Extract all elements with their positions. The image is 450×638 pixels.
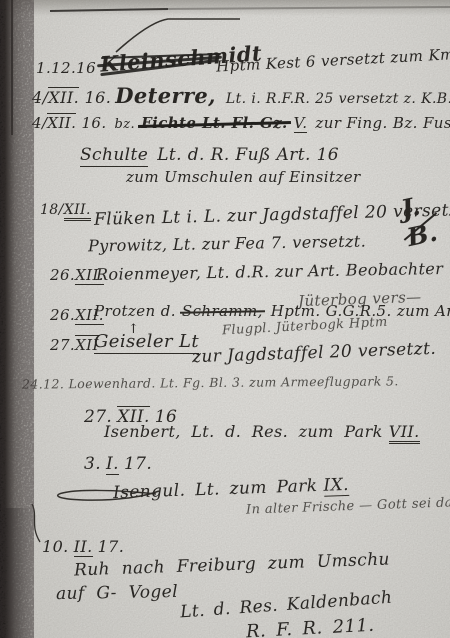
log-entry-line: 1.12.16: [36, 60, 96, 77]
struck-text: Schramm,: [182, 303, 263, 320]
roman-numeral: II.: [74, 538, 93, 557]
entry-date: 27.XII: [50, 335, 99, 354]
scan-bottom-left-shadow: [0, 508, 32, 638]
signature-unit: R. F. R. 211.: [246, 616, 375, 638]
entry-name: Deterre,: [115, 84, 216, 107]
left-edge-speckle-texture: [0, 0, 34, 638]
entry-text: Lt. i. R.F.R. 25 versetzt z. K.B.J: [226, 92, 450, 107]
entry-date: 4/XII. 16.: [32, 113, 107, 132]
entry-text: Lt. d. R. Fuß Art. 16: [157, 146, 339, 165]
entry-date: 10. II. 17.: [42, 538, 124, 557]
entry-date: 1.12.16: [36, 60, 96, 77]
roman-numeral: IX.: [323, 476, 349, 497]
log-entry-continuation: zum Umschulen auf Einsitzer: [126, 169, 361, 186]
entry-date: 18/XII.: [40, 203, 91, 221]
log-entry-line: 24.12. Loewenhard. Lt. Fg. Bl. 3. zum Ar…: [22, 374, 399, 391]
roman-numeral: XII.: [64, 203, 91, 221]
entry-text: zur Jagdstaffel 20 versetzt.: [192, 340, 437, 367]
marginal-remark: In alter Frische — Gott sei da: [246, 496, 450, 518]
roman-numeral: XII.: [48, 87, 79, 107]
log-entry-line: Protzen d. Schramm, Hptm. G.G.R.5. zum A…: [94, 303, 450, 320]
log-entry-line: Isenbert, Lt. d. Res. zum Park VII.: [104, 423, 420, 444]
roman-numeral: VII.: [389, 423, 420, 444]
entry-name: Geiseler Lt: [94, 332, 199, 354]
roman-numeral: XII.: [47, 113, 76, 132]
entry-text: Roienmeyer, Lt. d.R. zur Art. Beobachter: [96, 260, 444, 284]
roman-numeral: I.: [106, 455, 119, 475]
log-entry-line: Schulte Lt. d. R. Fuß Art. 16: [80, 146, 339, 167]
scan-frame-line: [11, 0, 13, 135]
roman-numeral: V.: [294, 115, 308, 133]
entry-name: Schulte: [80, 146, 148, 167]
scan-top-shadow: [0, 0, 450, 16]
entry-text: zur Fing. Bz. Fusp. And-: [315, 115, 450, 132]
log-entry-line: 4/XII. 16. Deterre, Lt. i. R.F.R. 25 ver…: [32, 84, 450, 107]
entry-date: 3. I. 17.: [84, 455, 152, 475]
scan-left-binding-edge: [0, 0, 36, 638]
pen-monogram: J. B.: [398, 186, 450, 252]
log-entry-line: 4/XII. 16. bz. Fichte Lt. Fl. Gz. V. zur…: [32, 113, 450, 133]
struck-text: Fichte Lt. Fl. Gz.: [141, 115, 288, 132]
entry-date: 4/XII. 16.: [32, 87, 111, 107]
log-entry-line: Pyrowitz, Lt. zur Fea 7. versetzt.: [88, 233, 366, 255]
scanned-logbook-page: 1.12.16 Kleinschmidt Hptm Kest 6 versetz…: [0, 0, 450, 638]
page-top-edge-line-faint: [160, 6, 450, 10]
page-top-edge-line: [50, 8, 168, 12]
entry-text: Flüken Lt i. L. zur Jagdstaffel 20 verse…: [94, 201, 450, 229]
log-entry-continuation: auf G- Vogel: [56, 583, 178, 604]
